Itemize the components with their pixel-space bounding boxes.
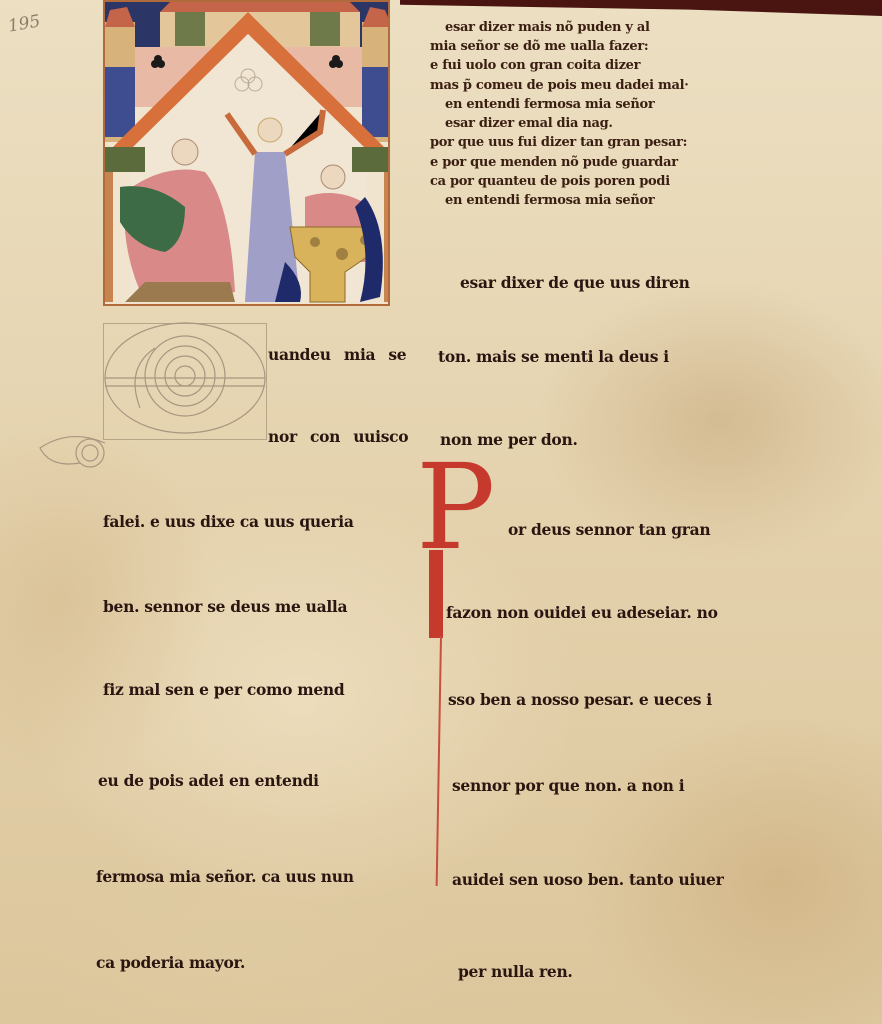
text-line: esar dixer de que uus diren: [460, 273, 690, 292]
text-line: sennor por que non. a non i: [452, 776, 684, 795]
text-line: ca por quanteu de pois poren podi: [430, 174, 670, 189]
text-line: eu de pois adei en entendi: [98, 771, 319, 790]
miniature-scene-icon: [105, 2, 390, 306]
rubricated-initial-stem: [429, 550, 443, 638]
text-line: auidei sen uoso ben. tanto uiuer: [452, 870, 724, 889]
text-line: esar dizer mais nõ puden y al: [445, 20, 650, 35]
text-line: per nulla ren.: [458, 962, 573, 981]
miniature-illumination: [103, 0, 390, 306]
rubricated-initial-p: P: [416, 448, 495, 566]
text-line: non me per don.: [440, 430, 578, 449]
text-line: ben. sennor se deus me ualla: [103, 597, 347, 616]
text-line: falei. e uus dixe ca uus queria: [103, 512, 354, 531]
text-line: mas p̃ comeu de pois meu dadei mal·: [430, 78, 688, 93]
text-line: ton. mais se menti la deus i: [438, 347, 669, 366]
text-line: mia señor se dõ me ualla fazer:: [430, 39, 648, 54]
text-line: e fui uolo con gran coita dizer: [430, 58, 640, 73]
text-line: uandeu mia se: [268, 345, 406, 364]
text-line: ca poderia mayor.: [96, 953, 245, 972]
text-line: sso ben a nosso pesar. e ueces i: [448, 690, 712, 709]
text-line: en entendi fermosa mia señor: [445, 97, 654, 112]
text-line: fiz mal sen e per como mend: [103, 680, 344, 699]
text-line: en entendi fermosa mia señor: [445, 193, 654, 208]
text-line: or deus sennor tan gran: [508, 520, 710, 539]
text-line: fermosa mia señor. ca uus nun: [96, 867, 354, 886]
text-line: nor con uuisco: [268, 427, 408, 446]
text-line: esar dizer emal dia nag.: [445, 116, 613, 131]
spiral-initial-icon: [30, 318, 270, 478]
text-line: fazon non ouidei eu adeseiar. no: [446, 603, 718, 622]
text-line: e por que menden nõ pude guardar: [430, 155, 678, 170]
text-line: por que uus fui dizer tan gran pesar:: [430, 135, 687, 150]
